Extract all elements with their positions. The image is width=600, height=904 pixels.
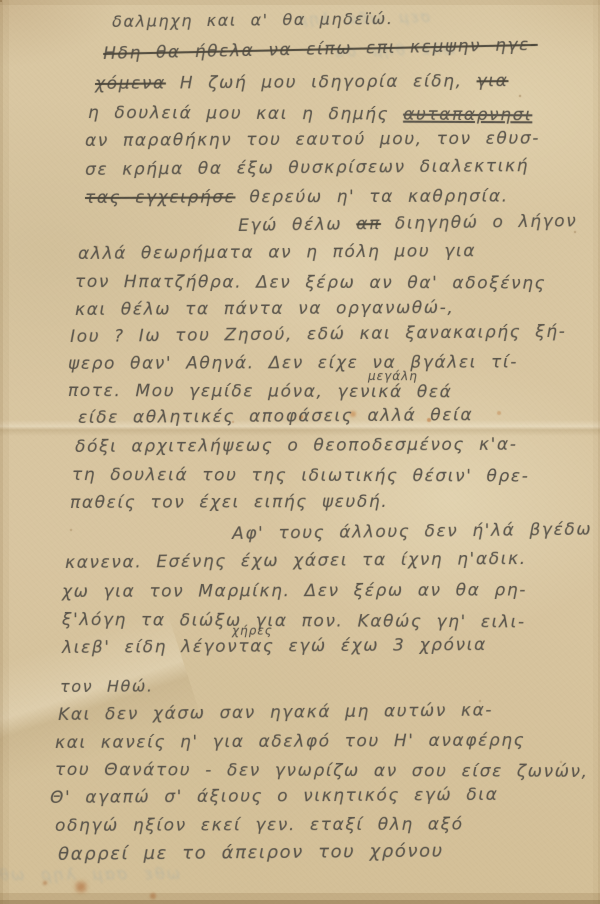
handwritten-text-segment: η δουλειά μου και η δημής <box>88 103 403 125</box>
handwritten-text-segment: Και δεν χάσω σαν ηγακά μη αυτών κα- <box>58 700 493 725</box>
handwritten-line: κανενα. Εσένης έχω χάσει τα ίχνη η'αδικ. <box>65 549 527 573</box>
handwritten-line: θαρρεί με το άπειρον του χρόνου <box>58 841 444 865</box>
manuscript-scan: ωμ ξεθ σα πηλ εμωθε μιλ ωσε ναθ ωρισπο λ… <box>0 0 600 904</box>
handwritten-line: του Θανάτου - δεν γνωρίζω αν σου είσε ζω… <box>55 760 589 782</box>
handwritten-text-segment: θερεύω η' τα καθρησία. <box>235 187 508 208</box>
handwritten-text-segment: σε κρήμα θα έξω θυσκρίσεων διαλεκτική <box>85 156 529 180</box>
handwritten-line: και κανείς η' για αδελφό του Η' αναφέρης <box>55 731 525 753</box>
handwritten-text-segment: δόξι αρχιτελήψεως ο θεοποδεσμένος κ'α- <box>75 435 518 457</box>
handwritten-line: δόξι αρχιτελήψεως ο θεοποδεσμένος κ'α- <box>75 435 518 457</box>
handwritten-text-segment: κανενα. Εσένης έχω χάσει τα ίχνη η'αδικ. <box>65 549 527 573</box>
handwritten-text-segment: Ιου ? Ιω του Ζησού, εδώ και ξανακαιρής ξ… <box>70 322 567 347</box>
handwritten-text-segment: Αφ' τους άλλους δεν ή'λά βγέδω <box>232 520 592 544</box>
handwritten-text-segment: λιεβ' είδη λέγοντας εγώ έχω 3 χρόνια <box>62 635 487 658</box>
handwritten-text-segment: αν παραθήκην του εαυτού μου, τον εθυσ- <box>85 129 540 151</box>
handwritten-text-segment: Εγώ θέλω <box>238 214 356 236</box>
handwritten-text-segment: θαρρεί με το άπειρον του χρόνου <box>58 841 444 865</box>
struck-text-segment: χόμενα <box>95 74 166 94</box>
handwritten-text-segment: δαλμηχη και α' θα μηδεϊώ. <box>112 9 394 31</box>
struck-text-segment: αυταπαρνησι <box>403 105 532 126</box>
handwritten-line: σε κρήμα θα έξω θυσκρίσεων διαλεκτική <box>85 156 529 180</box>
handwritten-text-segment: διηγηθώ ο λήγον <box>381 211 578 234</box>
handwritten-text-segment: τον Ηπατζήθρα. Δεν ξέρω αν θα' αδοξένης <box>75 272 546 294</box>
handwritten-line: και θέλω τα πάντα να οργανωθώ-, <box>75 298 454 320</box>
struck-text-segment: απ <box>356 214 381 234</box>
handwritten-line: ξ'λόγη τα διώξω για πον. Καθώς γη' ειλι- <box>62 610 526 632</box>
handwritten-line: Ηδη θα ήθελα να είπω επι κεμψην ηγε- <box>103 35 538 64</box>
struck-text-segment: Ηδη θα ήθελα να είπω επι κεμψην ηγε- <box>103 35 538 64</box>
handwritten-text-segment: του Θανάτου - δεν γνωρίζω αν σου είσε ζω… <box>55 760 589 782</box>
handwritten-text-segment: ξ'λόγη τα διώξω για πον. Καθώς γη' ειλι- <box>62 610 526 632</box>
handwritten-line: αν παραθήκην του εαυτού μου, τον εθυσ- <box>85 129 540 151</box>
handwritten-text-segment: ποτε. Μου γεμίδε μόνα, γενικά θεά <box>68 381 453 402</box>
handwritten-text-segment: Θ' αγαπώ σ' άξιους ο νικητικός εγώ δια <box>50 785 499 808</box>
handwritten-line: Και δεν χάσω σαν ηγακά μη αυτών κα- <box>58 700 493 725</box>
handwritten-line: οδηγώ ηξίον εκεί γεν. εταξί θλη αξό <box>55 815 464 836</box>
handwritten-text-segment: χω για τον Μαρμίκη. Δεν ξέρω αν θα ρη- <box>62 580 527 602</box>
handwritten-text-segment: τη δουλειά του της ιδιωτικής θέσιν' θρε- <box>72 465 530 487</box>
handwritten-text-segment: παθείς τον έχει ειπής ψευδή. <box>70 492 388 513</box>
handwritten-line: Αφ' τους άλλους δεν ή'λά βγέδω <box>232 520 592 544</box>
handwritten-line: τας εγχειρήσε θερεύω η' τα καθρησία. <box>85 187 509 208</box>
handwritten-line: η δουλειά μου και η δημής αυταπαρνησι <box>88 103 532 125</box>
struck-text-segment: τας εγχειρήσε <box>85 187 235 208</box>
handwritten-text-segment: και θέλω τα πάντα να οργανωθώ-, <box>75 298 454 320</box>
handwritten-line: ψερο θαν' Αθηνά. Δεν είχε να βγάλει τί- <box>68 352 518 374</box>
handwritten-text-segment: οδηγώ ηξίον εκεί γεν. εταξί θλη αξό <box>55 815 464 836</box>
handwritten-text-segment: τον Ηθώ. <box>60 677 154 696</box>
handwritten-text-segment: Η ζωή μου ιδηγορία είδη, <box>166 71 477 93</box>
handwritten-line: τον Ηπατζήθρα. Δεν ξέρω αν θα' αδοξένης <box>75 272 546 294</box>
handwritten-text-segment: ψερο θαν' Αθηνά. Δεν είχε να βγάλει τί- <box>68 352 518 374</box>
handwritten-line: Θ' αγαπώ σ' άξιους ο νικητικός εγώ δια <box>50 785 499 808</box>
handwritten-line: χόμενα Η ζωή μου ιδηγορία είδη, για <box>95 71 509 94</box>
handwritten-line: τον Ηθώ. <box>60 677 154 696</box>
handwritten-text-segment: αλλά θεωρήματα αν η πόλη μου για <box>78 241 476 264</box>
handwritten-line: παθείς τον έχει ειπής ψευδή. <box>70 492 388 513</box>
handwritten-line: είδε αθλητικές αποφάσεις αλλά θεία <box>78 405 473 428</box>
handwritten-line: λιεβ' είδη λέγοντας εγώ έχω 3 χρόνιαχήρε… <box>62 635 487 658</box>
manuscript-text: δαλμηχη και α' θα μηδεϊώ.Ηδη θα ήθελα να… <box>0 0 600 904</box>
handwritten-line: Εγώ θέλω απ διηγηθώ ο λήγον <box>238 211 577 236</box>
struck-text-segment: για <box>477 71 509 91</box>
handwritten-line: Ιου ? Ιω του Ζησού, εδώ και ξανακαιρής ξ… <box>70 322 567 347</box>
handwritten-line: χω για τον Μαρμίκη. Δεν ξέρω αν θα ρη- <box>62 580 527 602</box>
handwritten-line: δαλμηχη και α' θα μηδεϊώ. <box>112 9 394 31</box>
handwritten-line: ποτε. Μου γεμίδε μόνα, γενικά θεάμεγάλη <box>68 381 453 402</box>
handwritten-text-segment: είδε αθλητικές αποφάσεις αλλά θεία <box>78 405 473 428</box>
handwritten-line: τη δουλειά του της ιδιωτικής θέσιν' θρε- <box>72 465 530 487</box>
handwritten-text-segment: και κανείς η' για αδελφό του Η' αναφέρης <box>55 731 525 753</box>
handwritten-line: αλλά θεωρήματα αν η πόλη μου για <box>78 241 476 264</box>
interlinear-insertion: χήρες <box>232 624 273 638</box>
interlinear-insertion: μεγάλη <box>368 369 418 383</box>
